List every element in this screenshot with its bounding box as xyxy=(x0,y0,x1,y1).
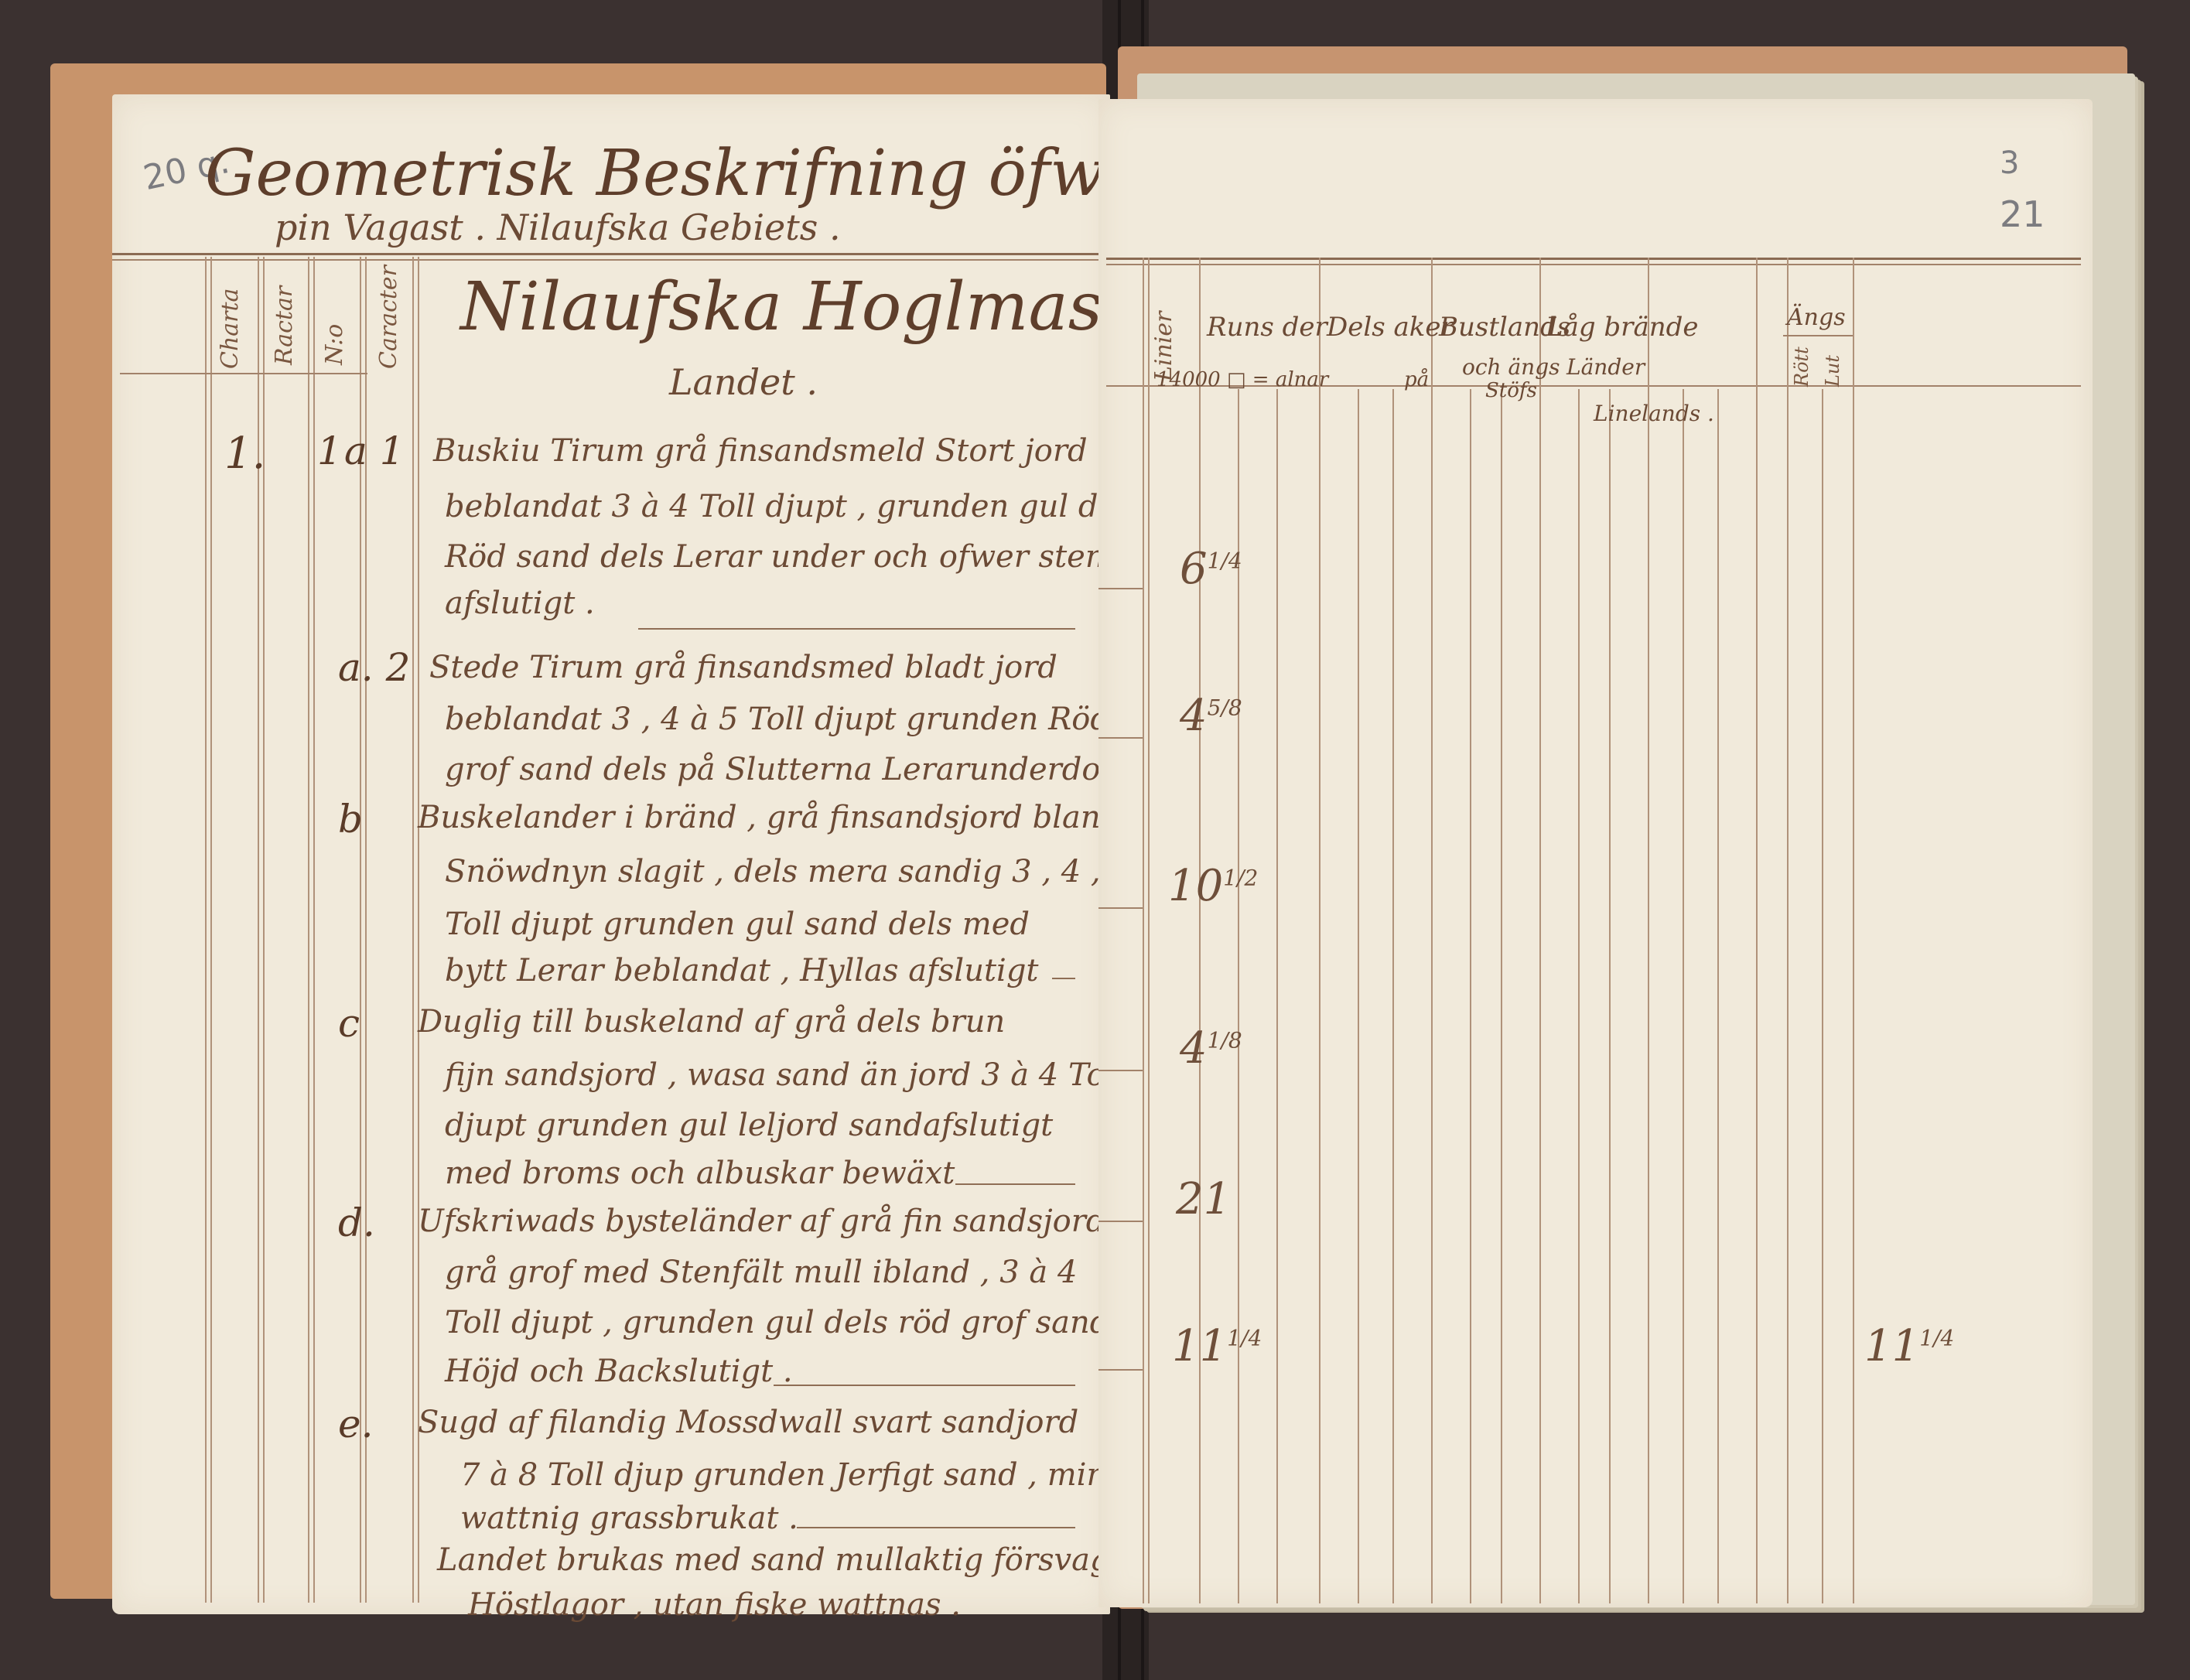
unit-note: 14000 □ = alnar xyxy=(1156,368,1328,391)
entry-line: Ufskriwads bysteländer af grå fin sandsj… xyxy=(418,1204,1105,1239)
entry-separator xyxy=(955,1183,1075,1185)
column-rule xyxy=(1853,258,1854,1603)
row-tick xyxy=(1098,588,1143,589)
column-rule xyxy=(313,257,315,1603)
column-rule xyxy=(308,257,309,1603)
angs-header-rule xyxy=(1783,335,1853,336)
page-subtitle: pin Vagast . Nilaufska Gebiets . xyxy=(275,207,841,248)
entry-line: wattnig grassbrukat . xyxy=(460,1501,798,1536)
row-tick xyxy=(1098,737,1143,739)
area-value: 21 xyxy=(1176,1174,1231,1224)
entry-line: Buskelander i bränd , grå finsandsjord b… xyxy=(418,800,1191,835)
column-header-lag-brande-line3: Linelands . xyxy=(1594,401,1714,426)
entry-separator xyxy=(774,1385,1075,1386)
entry-label: a 1 xyxy=(344,429,405,473)
entry-separator xyxy=(797,1527,1075,1528)
area-value: 41/8 xyxy=(1180,1023,1242,1074)
folio-pencil-top: 3 xyxy=(2000,145,2019,181)
folio-pencil-bottom: 21 xyxy=(2000,193,2045,235)
column-rule xyxy=(1787,258,1789,1603)
column-header-runs-der: Runs der xyxy=(1207,312,1327,343)
sub-column-rule xyxy=(1609,389,1611,1603)
column-rule xyxy=(210,257,212,1603)
row-tick xyxy=(1098,1070,1143,1071)
entry-line: Buskiu Tirum grå finsandsmeld Stort jord xyxy=(433,433,1088,469)
row-tick xyxy=(1098,907,1143,909)
entry-line: Toll djupt grunden gul sand dels med xyxy=(445,907,1030,942)
column-header-bustlands-line3: Stöfs xyxy=(1485,379,1537,402)
column-rule xyxy=(1431,258,1433,1603)
header-rule xyxy=(112,253,1102,255)
right-page: 3 21 Linier Runs der Dels aker Bustlands… xyxy=(1098,99,2093,1607)
area-value: 101/2 xyxy=(1168,861,1258,911)
sub-column-rule xyxy=(1470,389,1471,1603)
row-tick xyxy=(1098,1369,1143,1371)
entry-label: e. xyxy=(338,1402,373,1446)
column-rule xyxy=(1648,258,1649,1603)
entry-line: Stede Tirum grå finsandsmed bladt jord xyxy=(429,650,1057,685)
area-value: 61/4 xyxy=(1180,544,1242,594)
sub-column-rule xyxy=(1578,389,1580,1603)
section-subtitle: Landet . xyxy=(669,361,818,403)
row-tick xyxy=(1098,1221,1143,1222)
closing-note-line: Landet brukas med sand mullaktig försvag… xyxy=(437,1542,1128,1578)
entry-line: bytt Lerar beblandat , Hyllas afslutigt xyxy=(445,953,1039,989)
column-header-rule xyxy=(120,373,367,374)
entry-label: c xyxy=(338,1001,360,1046)
sub-column-rule xyxy=(1501,389,1502,1603)
sub-column-rule xyxy=(1276,389,1278,1603)
column-header-dels-aker: Dels aker xyxy=(1327,312,1454,343)
area-value: 45/8 xyxy=(1180,691,1242,741)
column-rule xyxy=(418,257,419,1603)
column-header-angs: Ängs xyxy=(1787,304,1846,331)
entry-line: grå grof med Stenfält mull ibland , 3 à … xyxy=(445,1255,1077,1290)
entry-line: med broms och albuskar bewäxt xyxy=(445,1156,955,1191)
unit-note-2: på xyxy=(1404,368,1429,391)
entry-line: Toll djupt , grunden gul dels röd grof s… xyxy=(445,1305,1109,1340)
entry-line: Snöwdnyn slagit , dels mera sandig 3 , 4… xyxy=(445,854,1188,890)
entry-line: 7 à 8 Toll djup grunden Jerfigt sand , m… xyxy=(460,1457,1160,1493)
entry-line: Röd sand dels Lerar under och ofwer sten… xyxy=(445,539,1147,575)
area-value: 111/4 xyxy=(1172,1321,1262,1371)
entry-line: beblandat 3 , 4 à 5 Toll djupt grunden R… xyxy=(445,702,1110,737)
entry-line: Duglig till buskeland af grå dels brun xyxy=(418,1004,1005,1040)
column-rule xyxy=(1319,258,1320,1603)
entry-line: afslutigt . xyxy=(445,586,595,621)
header-rule xyxy=(1106,258,2081,260)
header-rule xyxy=(1106,264,2081,265)
sub-column-rule xyxy=(1683,389,1684,1603)
column-header-number: N:o xyxy=(321,272,348,365)
column-rule xyxy=(1539,258,1541,1603)
header-rule xyxy=(112,259,1102,261)
closing-note-line: Höstlagor , utan fiske wattnas . xyxy=(468,1587,961,1623)
chart-number: 1. xyxy=(224,429,265,479)
sub-column-rule xyxy=(1717,389,1719,1603)
column-header-lag-brande: Låg brände xyxy=(1546,312,1699,343)
sub-column-rule xyxy=(1392,389,1394,1603)
column-rule xyxy=(1148,258,1150,1603)
column-header-angs-sub1: Rött xyxy=(1791,340,1812,387)
area-total-value: 111/4 xyxy=(1864,1321,1954,1371)
column-header-charta: Charta xyxy=(217,265,244,369)
entry-separator xyxy=(638,628,1075,630)
column-header-ractar: Ractar xyxy=(271,272,298,365)
column-header-angs-sub2: Lut xyxy=(1822,340,1843,387)
column-header-linier: Linier xyxy=(1150,273,1177,381)
entry-line: Höjd och Backslutigt . xyxy=(445,1354,793,1389)
sub-column-rule xyxy=(1822,389,1823,1603)
column-header-bustlands-line2: och ängs xyxy=(1462,354,1560,380)
column-rule xyxy=(1199,258,1201,1603)
entry-line: grof sand dels på Slutterna Lerarunderdo… xyxy=(445,752,1157,787)
sub-column-rule xyxy=(1358,389,1359,1603)
column-header-caracter: Caracter xyxy=(375,265,402,369)
entry-label: a. 2 xyxy=(338,645,410,690)
entry-label: d. xyxy=(338,1200,375,1245)
entry-label: b xyxy=(338,797,363,842)
column-header-lag-brande-line2: Länder xyxy=(1566,354,1645,380)
column-rule xyxy=(1143,258,1144,1603)
left-page: 20 q. Geometrisk Beskrifning öfwer Kap. … xyxy=(112,94,1110,1614)
entry-line: djupt grunden gul leljord sandafslutigt xyxy=(445,1108,1053,1143)
entry-number: 1 xyxy=(317,429,342,473)
column-rule xyxy=(205,257,207,1603)
entry-line: beblandat 3 à 4 Toll djupt , grunden gul… xyxy=(445,489,1142,524)
entry-line: Sugd af filandig Mossdwall svart sandjor… xyxy=(418,1405,1078,1440)
entry-line: fijn sandsjord , wasa sand än jord 3 à 4… xyxy=(445,1057,1125,1093)
entry-separator xyxy=(1052,978,1075,979)
column-rule xyxy=(1756,258,1758,1603)
column-rule xyxy=(412,257,414,1603)
